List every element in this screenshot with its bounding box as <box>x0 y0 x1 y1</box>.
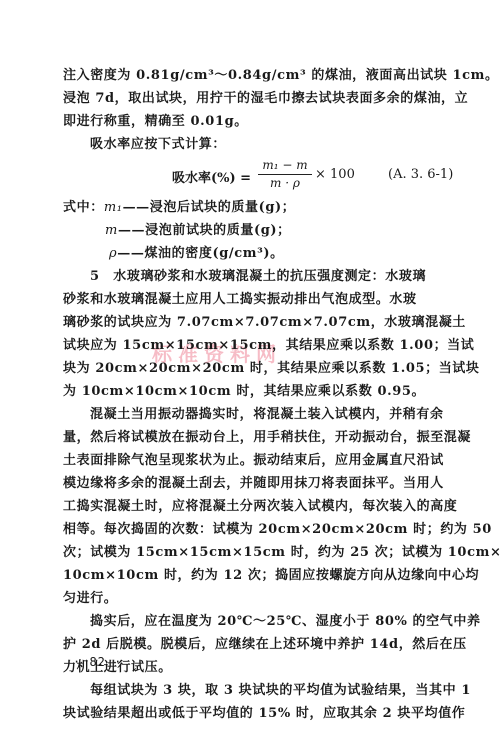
text-line: 力机上进行试压。 <box>63 656 456 679</box>
text-line: 模边缘将多余的混凝土刮去，并随即用抹刀将表面抹平。当用人 <box>63 472 456 495</box>
text-line: 土表面排除气泡呈现浆状为止。振动结束后，应用金属直尺沿试 <box>63 449 456 472</box>
text-line: 护 2d 后脱模。脱模后，应继续在上述环境中养护 14d，然后在压 <box>63 633 456 656</box>
section-5-heading-line: 5 水玻璃砂浆和水玻璃混凝土的抗压强度测定：水玻璃 <box>63 265 456 288</box>
text-line: 璃砂浆的试块应为 7.07cm×7.07cm×7.07cm，水玻璃混凝土 <box>63 311 456 334</box>
text-line: 试块应为 15cm×15cm×15cm，其结果应乘以系数 1.00；当试 <box>63 334 456 357</box>
where-line: 式中：m₁——浸泡后试块的质量(g)； <box>63 196 456 219</box>
where-symbol: m <box>105 223 118 238</box>
formula-fraction: m₁ − m m · ρ <box>258 157 312 192</box>
text-line: 注入密度为 0.81g/cm³～0.84g/cm³ 的煤油，液面高出试块 1cm… <box>63 64 456 87</box>
where-symbol: m₁ <box>104 200 123 215</box>
text-line: 砂浆和水玻璃混凝土应用人工捣实振动排出气泡成型。水玻 <box>63 288 456 311</box>
document-page: 注入密度为 0.81g/cm³～0.84g/cm³ 的煤油，液面高出试块 1cm… <box>63 64 456 725</box>
where-symbol: ρ <box>109 246 117 261</box>
formula-denominator: m · ρ <box>258 175 312 192</box>
text-line: 每组试块为 3 块，取 3 块试块的平均值为试验结果，当其中 1 <box>63 679 456 702</box>
text-line: 块为 20cm×20cm×20cm 时，其结果应乘以系数 1.05；当试块 <box>63 357 456 380</box>
formula-lhs: 吸水率(%) = <box>172 167 251 186</box>
formula-intro: 吸水率应按下式计算： <box>63 133 456 156</box>
text-line: 相等。每次捣固的次数：试模为 20cm×20cm×20cm 时；约为 50 <box>63 518 456 541</box>
where-desc: ——煤油的密度(g/cm³)。 <box>117 246 284 261</box>
text-line: 匀进行。 <box>63 587 456 610</box>
text-line: 块试验结果超出或低于平均值的 15% 时，应取其余 2 块平均值作 <box>63 702 456 725</box>
text-line: 量，然后将试模放在振动台上，用手稍扶住，开动振动台，振至混凝 <box>63 426 456 449</box>
text-line: 10cm×10cm 时，约为 12 次；捣固应按螺旋方向从边缘向中心均 <box>63 564 456 587</box>
text-line: 即进行称重，精确至 0.01g。 <box>63 110 456 133</box>
text-line: 为 10cm×10cm×10cm 时，其结果应乘以系数 0.95。 <box>63 380 456 403</box>
equation-number: (A. 3. 6-1) <box>388 167 453 182</box>
where-desc: ——浸泡后试块的质量(g)； <box>123 200 296 215</box>
formula-multiplier: × 100 <box>315 167 355 182</box>
text-line: 浸泡 7d，取出试块，用拧干的湿毛巾擦去试块表面多余的煤油，立 <box>63 87 456 110</box>
formula-block: 吸水率(%) = m₁ − m m · ρ × 100 (A. 3. 6-1) <box>63 156 456 196</box>
where-line: ρ——煤油的密度(g/cm³)。 <box>63 242 456 265</box>
where-prefix: 式中： <box>63 200 104 215</box>
text-line: 工捣实混凝土时，应将混凝土分两次装入试模内，每次装入的高度 <box>63 495 456 518</box>
where-desc: ——浸泡前试块的质量(g)； <box>118 223 291 238</box>
text-line: 捣实后，应在温度为 20℃～25℃、湿度小于 80% 的空气中养 <box>63 610 456 633</box>
formula-numerator: m₁ − m <box>258 157 312 175</box>
text-line: 次；试模为 15cm×15cm×15cm 时，约为 25 次；试模为 10cm× <box>63 541 456 564</box>
text-line: 混凝土当用振动器捣实时，将混凝土装入试模内，并稍有余 <box>63 403 456 426</box>
where-line: m——浸泡前试块的质量(g)； <box>63 219 456 242</box>
